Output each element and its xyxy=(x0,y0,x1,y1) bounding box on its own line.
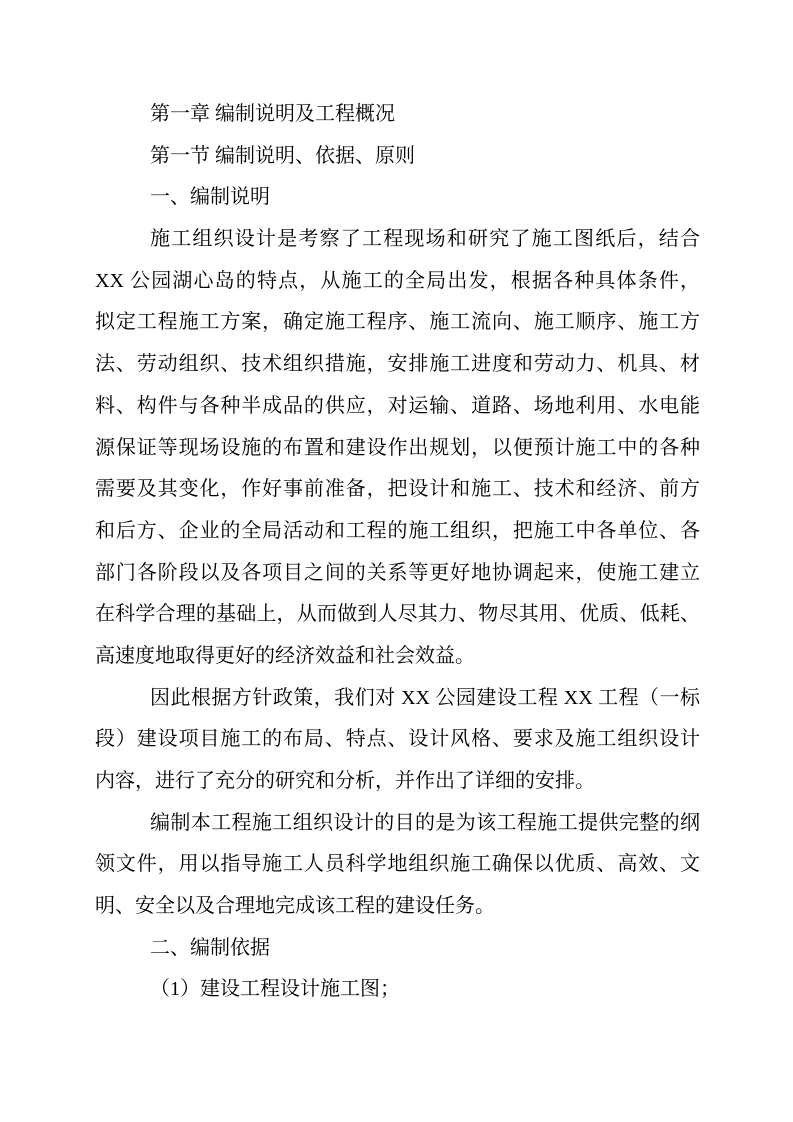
paragraph-line: 段）建设项目施工的布局、特点、设计风格、要求及施工组织设计 xyxy=(95,719,700,761)
paragraph-line: 拟定工程施工方案，确定施工程序、施工流向、施工顺序、施工方 xyxy=(95,302,700,344)
list-item-line: （1）建设工程设计施工图； xyxy=(95,969,700,1011)
paragraph-line: 在科学合理的基础上，从而做到人尽其力、物尽其用、优质、低耗、 xyxy=(95,594,700,636)
paragraph-line: 需要及其变化，作好事前准备，把设计和施工、技术和经济、前方 xyxy=(95,469,700,511)
chapter-heading-line: 第一章 编制说明及工程概况 xyxy=(95,94,700,136)
subsection-heading-line: 二、编制依据 xyxy=(95,928,700,970)
paragraph-line: 明、安全以及合理地完成该工程的建设任务。 xyxy=(95,886,700,928)
paragraph-line: XX 公园湖心岛的特点，从施工的全局出发，根据各种具体条件， xyxy=(95,261,700,303)
paragraph-line: 料、构件与各种半成品的供应，对运输、道路、场地利用、水电能 xyxy=(95,386,700,428)
paragraph-line: 因此根据方针政策，我们对 XX 公园建设工程 XX 工程（一标 xyxy=(95,678,700,720)
subsection-heading-line: 一、编制说明 xyxy=(95,177,700,219)
paragraph-line: 内容，进行了充分的研究和分析，并作出了详细的安排。 xyxy=(95,761,700,803)
paragraph-line: 部门各阶段以及各项目之间的关系等更好地协调起来，使施工建立 xyxy=(95,553,700,595)
paragraph-line: 领文件，用以指导施工人员科学地组织施工确保以优质、高效、文 xyxy=(95,844,700,886)
paragraph-line: 高速度地取得更好的经济效益和社会效益。 xyxy=(95,636,700,678)
paragraph-line: 源保证等现场设施的布置和建设作出规划，以便预计施工中的各种 xyxy=(95,428,700,470)
paragraph-line: 编制本工程施工组织设计的目的是为该工程施工提供完整的纲 xyxy=(95,803,700,845)
section-heading-line: 第一节 编制说明、依据、原则 xyxy=(95,136,700,178)
paragraph-line: 施工组织设计是考察了工程现场和研究了施工图纸后，结合 xyxy=(95,219,700,261)
paragraph-line: 法、劳动组织、技术组织措施，安排施工进度和劳动力、机具、材 xyxy=(95,344,700,386)
document-body: 第一章 编制说明及工程概况第一节 编制说明、依据、原则一、编制说明施工组织设计是… xyxy=(95,94,700,1011)
paragraph-line: 和后方、企业的全局活动和工程的施工组织，把施工中各单位、各 xyxy=(95,511,700,553)
document-page: 第一章 编制说明及工程概况第一节 编制说明、依据、原则一、编制说明施工组织设计是… xyxy=(0,0,793,1122)
